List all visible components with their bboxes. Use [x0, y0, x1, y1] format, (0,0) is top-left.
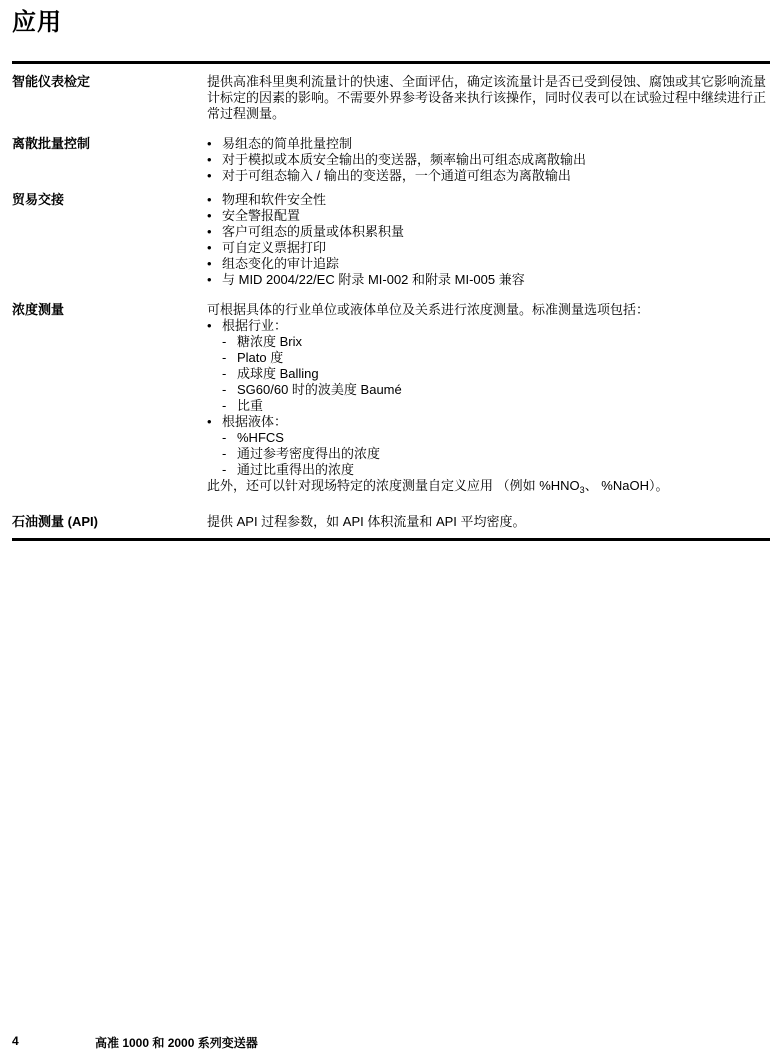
bottom-horizontal-rule [12, 538, 770, 541]
application-description: 提供高准科里奥利流量计的快速、全面评估，确定该流量计是否已受到侵蚀、腐蚀或其它影… [207, 74, 770, 122]
sub-item: - 通过比重得出的浓度 [207, 462, 770, 478]
dash-icon: - [222, 334, 237, 350]
bullet-icon: • [207, 256, 222, 272]
bullet-text: 组态变化的审计追踪 [222, 256, 339, 272]
sub-item-text: Plato 度 [237, 350, 283, 366]
concentration-intro: 可根据具体的行业单位或液体单位及关系进行浓度测量。标准测量选项包括： [207, 302, 770, 318]
application-row: 浓度测量 可根据具体的行业单位或液体单位及关系进行浓度测量。标准测量选项包括： … [12, 302, 770, 498]
bullet-text: 根据行业： [222, 318, 287, 334]
footer-doc-title: 高准 1000 和 2000 系列变送器 [95, 1034, 258, 1051]
bullet-icon: • [207, 414, 222, 430]
sub-item: - %HFCS [207, 430, 770, 446]
application-content: 提供高准科里奥利流量计的快速、全面评估，确定该流量计是否已受到侵蚀、腐蚀或其它影… [207, 74, 770, 122]
bullet-text: 可自定义票据打印 [222, 240, 326, 256]
application-description: 提供 API 过程参数，如 API 体积流量和 API 平均密度。 [207, 514, 770, 530]
application-content: 可根据具体的行业单位或液体单位及关系进行浓度测量。标准测量选项包括： • 根据行… [207, 302, 770, 498]
sub-item: - 通过参考密度得出的浓度 [207, 446, 770, 462]
bullet-icon: • [207, 168, 222, 184]
sub-item-text: 糖浓度 Brix [237, 334, 302, 350]
bullet-text: 根据液体： [222, 414, 287, 430]
application-label: 智能仪表检定 [12, 74, 207, 90]
sub-item-text: 比重 [237, 398, 263, 414]
bullet-text: 客户可组态的质量或体积累积量 [222, 224, 404, 240]
bullet-icon: • [207, 152, 222, 168]
bullet-icon: • [207, 318, 222, 334]
bullet-text: 安全警报配置 [222, 208, 300, 224]
dash-icon: - [222, 430, 237, 446]
application-row: 石油测量 (API) 提供 API 过程参数，如 API 体积流量和 API 平… [12, 514, 770, 530]
bullet-item: • 组态变化的审计追踪 [207, 256, 770, 272]
application-content: • 物理和软件安全性 • 安全警报配置 • 客户可组态的质量或体积累积量 • 可… [207, 192, 770, 288]
application-label: 石油测量 (API) [12, 514, 207, 530]
application-row: 贸易交接 • 物理和软件安全性 • 安全警报配置 • 客户可组态的质量或体积累积… [12, 192, 770, 288]
bullet-item: • 易组态的简单批量控制 [207, 136, 770, 152]
dash-icon: - [222, 350, 237, 366]
application-content: • 易组态的简单批量控制 • 对于模拟或本质安全输出的变送器，频率输出可组态成离… [207, 136, 770, 184]
bullet-icon: • [207, 192, 222, 208]
dash-icon: - [222, 462, 237, 478]
sub-item-text: SG60/60 时的波美度 Baumé [237, 382, 402, 398]
bullet-icon: • [207, 240, 222, 256]
concentration-note-prefix: 此外，还可以针对现场特定的浓度测量自定义应用 （例如 %HNO [207, 478, 580, 493]
bullet-icon: • [207, 272, 222, 288]
bullet-item: • 根据液体： [207, 414, 770, 430]
application-label: 离散批量控制 [12, 136, 207, 152]
document-page: 应用 智能仪表检定 提供高准科里奥利流量计的快速、全面评估，确定该流量计是否已受… [0, 0, 771, 1059]
concentration-note-suffix: 、 %NaOH）。 [585, 478, 669, 493]
sub-item: - 糖浓度 Brix [207, 334, 770, 350]
sub-item: - SG60/60 时的波美度 Baumé [207, 382, 770, 398]
applications-table: 智能仪表检定 提供高准科里奥利流量计的快速、全面评估，确定该流量计是否已受到侵蚀… [12, 74, 770, 541]
application-row: 智能仪表检定 提供高准科里奥利流量计的快速、全面评估，确定该流量计是否已受到侵蚀… [12, 74, 770, 122]
sub-item-text: 通过比重得出的浓度 [237, 462, 354, 478]
dash-icon: - [222, 446, 237, 462]
bullet-item: • 对于模拟或本质安全输出的变送器，频率输出可组态成离散输出 [207, 152, 770, 168]
application-label: 贸易交接 [12, 192, 207, 208]
bullet-item: • 与 MID 2004/22/EC 附录 MI-002 和附录 MI-005 … [207, 272, 770, 288]
bullet-text: 对于可组态输入 / 输出的变送器，一个通道可组态为离散输出 [222, 168, 571, 184]
dash-icon: - [222, 382, 237, 398]
sub-item: - 比重 [207, 398, 770, 414]
application-content: 提供 API 过程参数，如 API 体积流量和 API 平均密度。 [207, 514, 770, 530]
bullet-text: 易组态的简单批量控制 [222, 136, 352, 152]
bullet-text: 与 MID 2004/22/EC 附录 MI-002 和附录 MI-005 兼容 [222, 272, 525, 288]
concentration-note: 此外，还可以针对现场特定的浓度测量自定义应用 （例如 %HNO3、 %NaOH）… [207, 478, 770, 498]
bullet-item: • 对于可组态输入 / 输出的变送器，一个通道可组态为离散输出 [207, 168, 770, 184]
sub-item-text: 通过参考密度得出的浓度 [237, 446, 380, 462]
application-label: 浓度测量 [12, 302, 207, 318]
bullet-icon: • [207, 208, 222, 224]
page-title: 应用 [12, 2, 62, 37]
bullet-icon: • [207, 224, 222, 240]
sub-item-text: 成球度 Balling [237, 366, 319, 382]
sub-item-text: %HFCS [237, 430, 284, 446]
bullet-text: 物理和软件安全性 [222, 192, 326, 208]
bullet-text: 对于模拟或本质安全输出的变送器，频率输出可组态成离散输出 [222, 152, 586, 168]
bullet-item: • 物理和软件安全性 [207, 192, 770, 208]
bullet-item: • 根据行业： [207, 318, 770, 334]
bullet-icon: • [207, 136, 222, 152]
sub-item: - 成球度 Balling [207, 366, 770, 382]
bullet-item: • 安全警报配置 [207, 208, 770, 224]
bullet-item: • 客户可组态的质量或体积累积量 [207, 224, 770, 240]
application-row: 离散批量控制 • 易组态的简单批量控制 • 对于模拟或本质安全输出的变送器，频率… [12, 136, 770, 184]
sub-item: - Plato 度 [207, 350, 770, 366]
dash-icon: - [222, 366, 237, 382]
top-horizontal-rule [12, 61, 770, 64]
page-number: 4 [12, 1034, 19, 1048]
bullet-item: • 可自定义票据打印 [207, 240, 770, 256]
dash-icon: - [222, 398, 237, 414]
